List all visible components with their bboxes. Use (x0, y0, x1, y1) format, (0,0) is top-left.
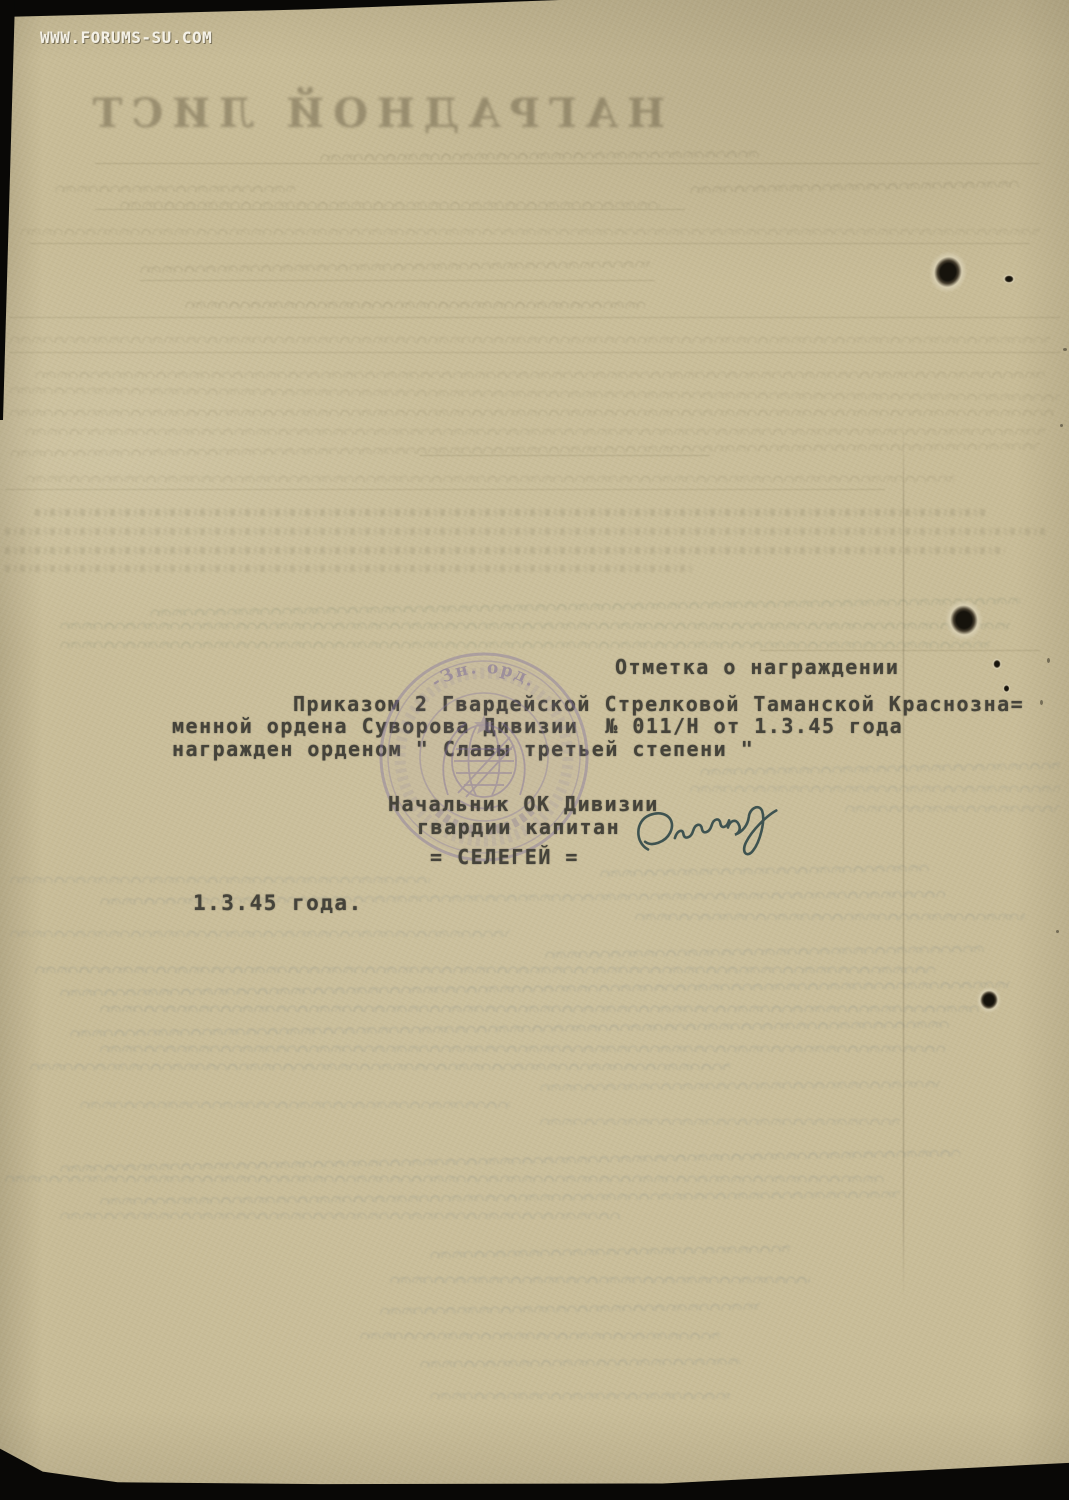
date-line: 1.3.45 года. (193, 891, 363, 915)
fold-crease (903, 420, 904, 1300)
ink-speck (1060, 424, 1063, 427)
ink-speck (1047, 658, 1050, 663)
watermark: WWW.FORUMS-SU.COM (40, 28, 212, 47)
signer-name: = СЕЛЕГЕЙ = (430, 845, 579, 869)
signer-title-line-2: гвардии капитан (417, 815, 620, 839)
signer-title-line-1: Начальник ОК Дивизии (388, 792, 659, 816)
paper-hole (990, 656, 1004, 672)
ink-speck (1063, 348, 1067, 351)
ink-speck (1056, 930, 1059, 933)
ink-speck (1040, 700, 1043, 705)
bleedthrough-title: НАГРАДНОЙ ЛИСТ (195, 90, 665, 137)
award-note-heading: Отметка о награждении (615, 655, 899, 679)
paper-hole (970, 980, 1009, 1020)
paper-hole (1000, 272, 1018, 286)
scanned-document: НАГРАДНОЙ ЛИСТ Отметка о награждении При… (0, 0, 1069, 1500)
paper-hole (1001, 682, 1012, 695)
paper-hole (934, 588, 995, 652)
